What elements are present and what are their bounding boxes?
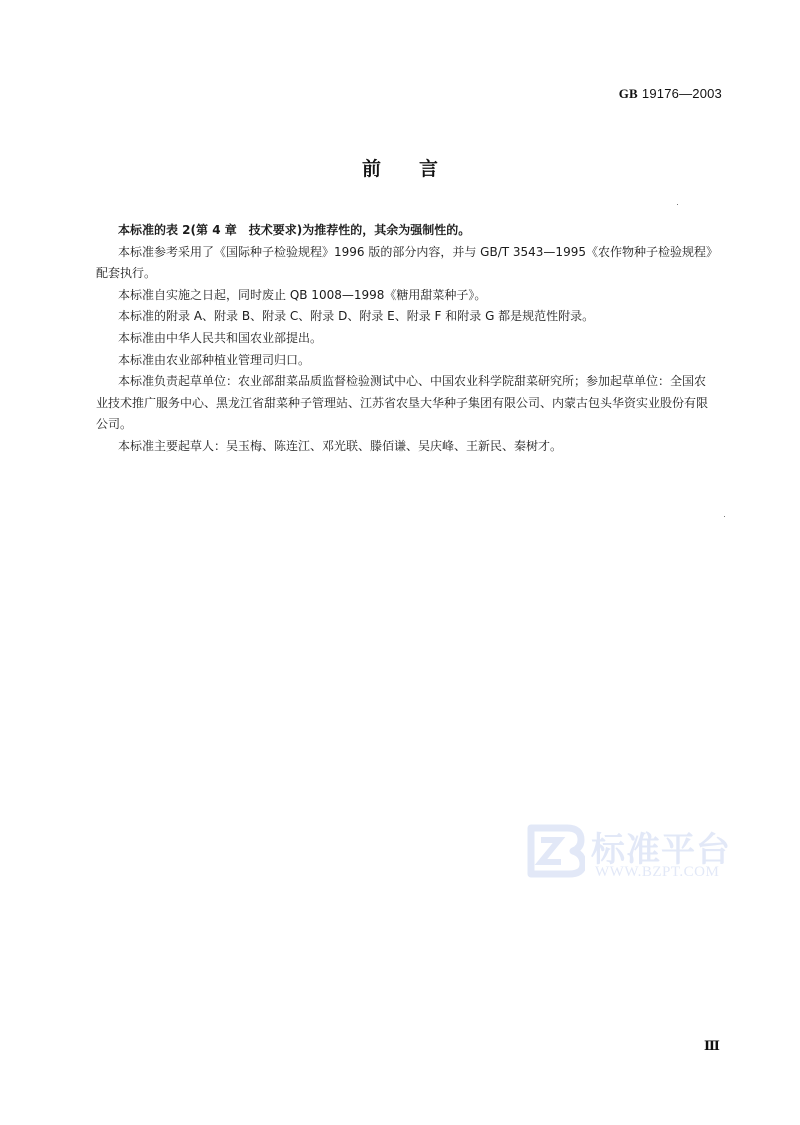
bzpt-logo-icon <box>527 824 585 878</box>
standard-prefix: GB <box>619 86 638 101</box>
paragraph-annexes: 本标准的附录 A、附录 B、附录 C、附录 D、附录 E、附录 F 和附录 G … <box>96 306 716 328</box>
paragraph-supersedes: 本标准自实施之日起，同时废止 QB 1008—1998《糖用甜菜种子》。 <box>96 285 716 307</box>
scan-speck <box>677 204 678 205</box>
watermark-url: WWW.BZPT.COM <box>595 864 719 881</box>
paragraph-drafters: 本标准主要起草人：吴玉梅、陈连江、邓光联、滕佰谦、吴庆峰、王新民、秦树才。 <box>96 436 716 458</box>
paragraph-drafting-units: 本标准负责起草单位：农业部甜菜品质监督检验测试中心、中国农业科学院甜菜研究所；参… <box>96 371 716 436</box>
paragraph-reference: 本标准参考采用了《国际种子检验规程》1996 版的部分内容，并与 GB/T 35… <box>96 242 716 285</box>
paragraph-proposed-by: 本标准由中华人民共和国农业部提出。 <box>96 328 716 350</box>
page-number: Ⅲ <box>704 1038 720 1054</box>
scan-speck <box>724 516 725 517</box>
page-title: 前言 <box>0 154 800 181</box>
standard-number: 19176—2003 <box>642 86 722 101</box>
foreword-body: 本标准的表 2(第 4 章 技术要求)为推荐性的，其余为强制性的。 本标准参考采… <box>96 220 716 458</box>
watermark: 标准平台 WWW.BZPT.COM <box>527 820 747 890</box>
standard-code: GB19176—2003 <box>619 86 722 102</box>
paragraph-centralized-by: 本标准由农业部种植业管理司归口。 <box>96 350 716 372</box>
paragraph-recommended-table: 本标准的表 2(第 4 章 技术要求)为推荐性的，其余为强制性的。 <box>96 220 716 242</box>
